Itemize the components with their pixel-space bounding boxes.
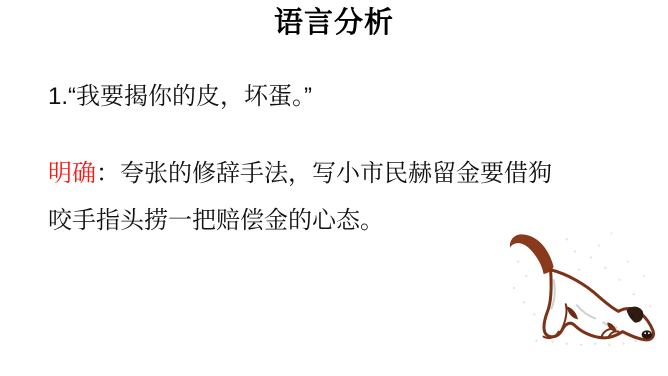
analysis-text-line2: 咬手指头捞一把赔偿金的心态。 (48, 207, 384, 234)
analysis-label: 明确 (48, 160, 96, 187)
slide: 语言分析 1.“我要揭你的皮，坏蛋。” 明确：夸张的修辞手法，写小市民赫留金要借… (0, 0, 668, 376)
dog-image (506, 224, 658, 348)
quote-line: 1.“我要揭你的皮，坏蛋。” (48, 80, 312, 114)
analysis-text-line1: 夸张的修辞手法，写小市民赫留金要借狗 (120, 160, 552, 187)
analysis-paragraph: 明确：夸张的修辞手法，写小市民赫留金要借狗 咬手指头捞一把赔偿金的心态。 (48, 150, 552, 244)
dog-sniffing-icon (506, 224, 658, 348)
slide-title: 语言分析 (0, 6, 668, 40)
analysis-separator: ： (96, 160, 120, 187)
